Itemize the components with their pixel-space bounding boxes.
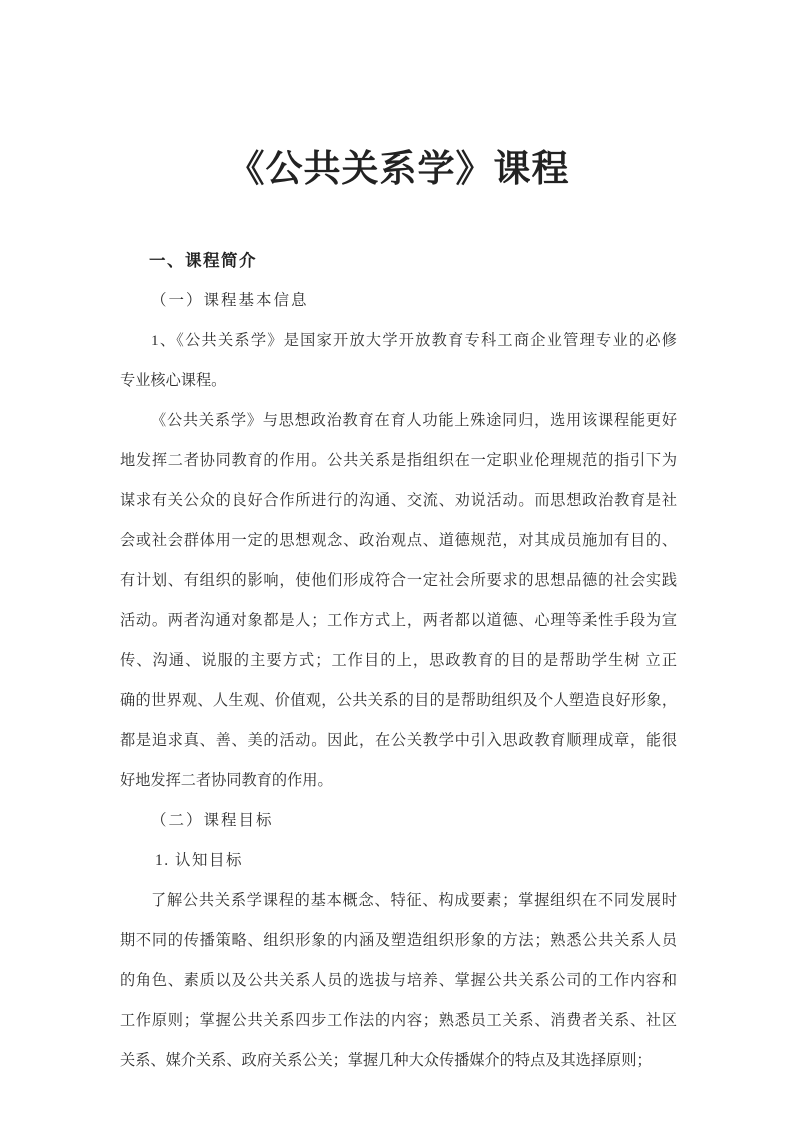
paragraph-line: 关系、媒介关系、政府关系公关；掌握几种大众传播媒介的特点及其选择原则； — [120, 1041, 677, 1081]
paragraph-line: 活动。两者沟通对象都是人；工作方式上，两者都以道德、心理等柔性手段为宣 — [120, 601, 677, 641]
document-title: 《公共关系学》课程 — [120, 146, 677, 194]
heading-course-intro: 一、课程简介 — [120, 241, 677, 281]
paragraph-ideology-synergy: 《公共关系学》与思想政治教育在育人功能上殊途同归，选用该课程能更好 地发挥二者协… — [120, 401, 677, 801]
paragraph-line: 专业核心课程。 — [120, 361, 677, 401]
paragraph-line: 1、《公共关系学》是国家开放大学开放教育专科工商企业管理专业的必修 — [120, 321, 677, 361]
document-content: 《公共关系学》课程 一、课程简介 （一）课程基本信息 1、《公共关系学》是国家开… — [120, 0, 677, 1081]
paragraph-course-nature: 1、《公共关系学》是国家开放大学开放教育专科工商企业管理专业的必修 专业核心课程… — [120, 321, 677, 401]
heading-basic-info: （一）课程基本信息 — [120, 281, 677, 321]
paragraph-line: 谋求有关公众的良好合作所进行的沟通、交流、劝说活动。而思想政治教育是社 — [120, 481, 677, 521]
heading-course-goals: （二）课程目标 — [120, 801, 677, 841]
paragraph-line: 地发挥二者协同教育的作用。公共关系是指组织在一定职业伦理规范的指引下为 — [120, 441, 677, 481]
paragraph-line: 都是追求真、善、美的活动。因此，在公关教学中引入思政教育顺理成章，能很 — [120, 721, 677, 761]
heading-cognitive-goal: 1. 认知目标 — [120, 841, 677, 881]
paragraph-line: 确的世界观、人生观、价值观，公共关系的目的是帮助组织及个人塑造良好形象， — [120, 681, 677, 721]
document-page: 《公共关系学》课程 一、课程简介 （一）课程基本信息 1、《公共关系学》是国家开… — [0, 0, 794, 1123]
paragraph-line: 工作原则；掌握公共关系四步工作法的内容；熟悉员工关系、消费者关系、社区 — [120, 1001, 677, 1041]
paragraph-line: 有计划、有组织的影响，使他们形成符合一定社会所要求的思想品德的社会实践 — [120, 561, 677, 601]
paragraph-line: 《公共关系学》与思想政治教育在育人功能上殊途同归，选用该课程能更好 — [120, 401, 677, 441]
paragraph-line: 好地发挥二者协同教育的作用。 — [120, 761, 677, 801]
paragraph-goal-detail: 了解公共关系学课程的基本概念、特征、构成要素；掌握组织在不同发展时 期不同的传播… — [120, 881, 677, 1081]
paragraph-line: 期不同的传播策略、组织形象的内涵及塑造组织形象的方法；熟悉公共关系人员 — [120, 921, 677, 961]
paragraph-line: 会或社会群体用一定的思想观念、政治观点、道德规范，对其成员施加有目的、 — [120, 521, 677, 561]
paragraph-line: 的角色、素质以及公共关系人员的选拔与培养、掌握公共关系公司的工作内容和 — [120, 961, 677, 1001]
paragraph-line: 传、沟通、说服的主要方式；工作目的上，思政教育的目的是帮助学生树 立正 — [120, 641, 677, 681]
paragraph-line: 了解公共关系学课程的基本概念、特征、构成要素；掌握组织在不同发展时 — [120, 881, 677, 921]
